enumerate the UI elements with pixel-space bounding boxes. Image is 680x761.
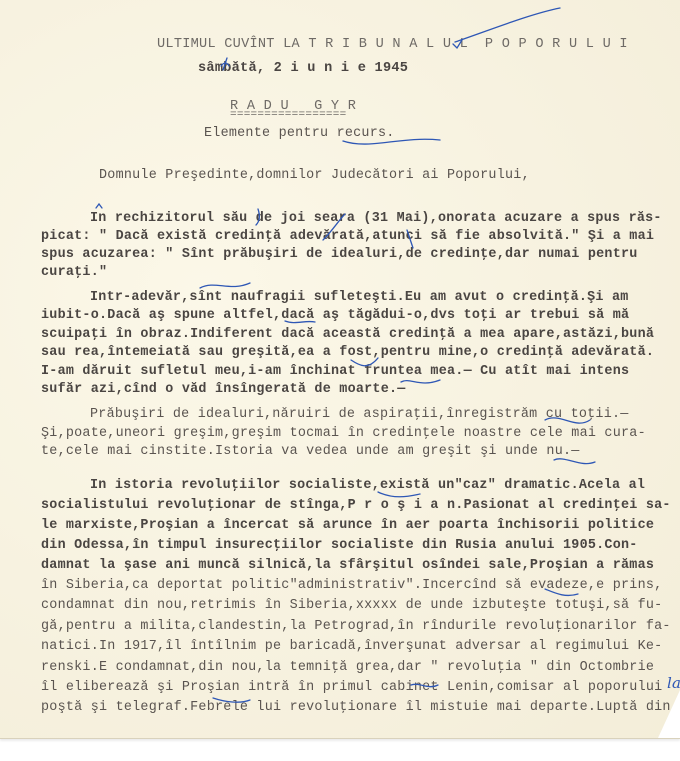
body-line: îl eliberează şi Proşian intră în primul… xyxy=(41,679,662,697)
body-line: condamnat din nou,retrimis în Siberia,xx… xyxy=(41,597,662,615)
body-line: socialistului revoluţionar de stînga,P r… xyxy=(41,497,671,515)
body-line: din Odessa,în timpul insurecţiilor socia… xyxy=(41,537,638,555)
body-line: sufăr azi,cînd o văd însîngerată de moar… xyxy=(41,381,406,399)
body-line: Intr-adevăr,sînt naufragii sufleteşti.Eu… xyxy=(90,289,629,307)
body-line: te,cele mai cinstite.Istoria va vedea un… xyxy=(41,443,580,461)
body-line: curaţi." xyxy=(41,264,107,282)
body-line: In rechizitorul său de joi seara (31 Mai… xyxy=(90,210,662,228)
body-line: iubit-o.Dacă aş spune altfel,dacă aş tăg… xyxy=(41,307,629,325)
body-line: renski.E condamnat,din nou,la temniţă gr… xyxy=(41,659,654,677)
body-line: In istoria revoluţiilor socialiste,exist… xyxy=(90,477,645,495)
body-line: spus acuzarea: " Sînt prăbuşiri de ideal… xyxy=(41,246,638,264)
document-subtitle: Elemente pentru recurs. xyxy=(204,125,395,143)
torn-corner xyxy=(658,690,680,738)
document-date: sâmbătă, 2 i u n i e 1945 xyxy=(198,60,408,78)
body-line: I-am dăruit sufletul meu,i-am închinat f… xyxy=(41,363,629,381)
body-line: le marxiste,Proşian a încercat să arunce… xyxy=(41,517,654,535)
body-line: sau rea,întemeiată sau greşită,ea a fost… xyxy=(41,344,654,362)
salutation: Domnule Preşedinte,domnilor Judecători a… xyxy=(99,167,530,185)
body-line: poştă şi telegraf.Febrele lui revoluţion… xyxy=(41,699,671,717)
body-line: picat: " Dacă există credinţă adevărată,… xyxy=(41,228,654,246)
body-line: gă,pentru a milita,clandestin,la Petrogr… xyxy=(41,618,671,636)
body-line: în Siberia,ca deportat politic"administr… xyxy=(41,577,662,595)
body-line: scuipaţi în obraz.Indiferent dacă aceast… xyxy=(41,326,654,344)
document-title: ULTIMUL CUVÎNT LA T R I B U N A L U L P … xyxy=(157,36,628,54)
body-line: damnat la şase ani muncă silnică,la sfâr… xyxy=(41,557,654,575)
body-line: Şi,poate,uneori greşim,greşim tocmai în … xyxy=(41,425,646,443)
body-line: natici.In 1917,îl întîlnim pe baricadă,î… xyxy=(41,638,662,656)
document-page: ULTIMUL CUVÎNT LA T R I B U N A L U L P … xyxy=(0,0,680,739)
author-underline: ================= xyxy=(230,106,346,124)
body-line: Prăbuşiri de idealuri,năruiri de aspiraţ… xyxy=(90,406,629,424)
